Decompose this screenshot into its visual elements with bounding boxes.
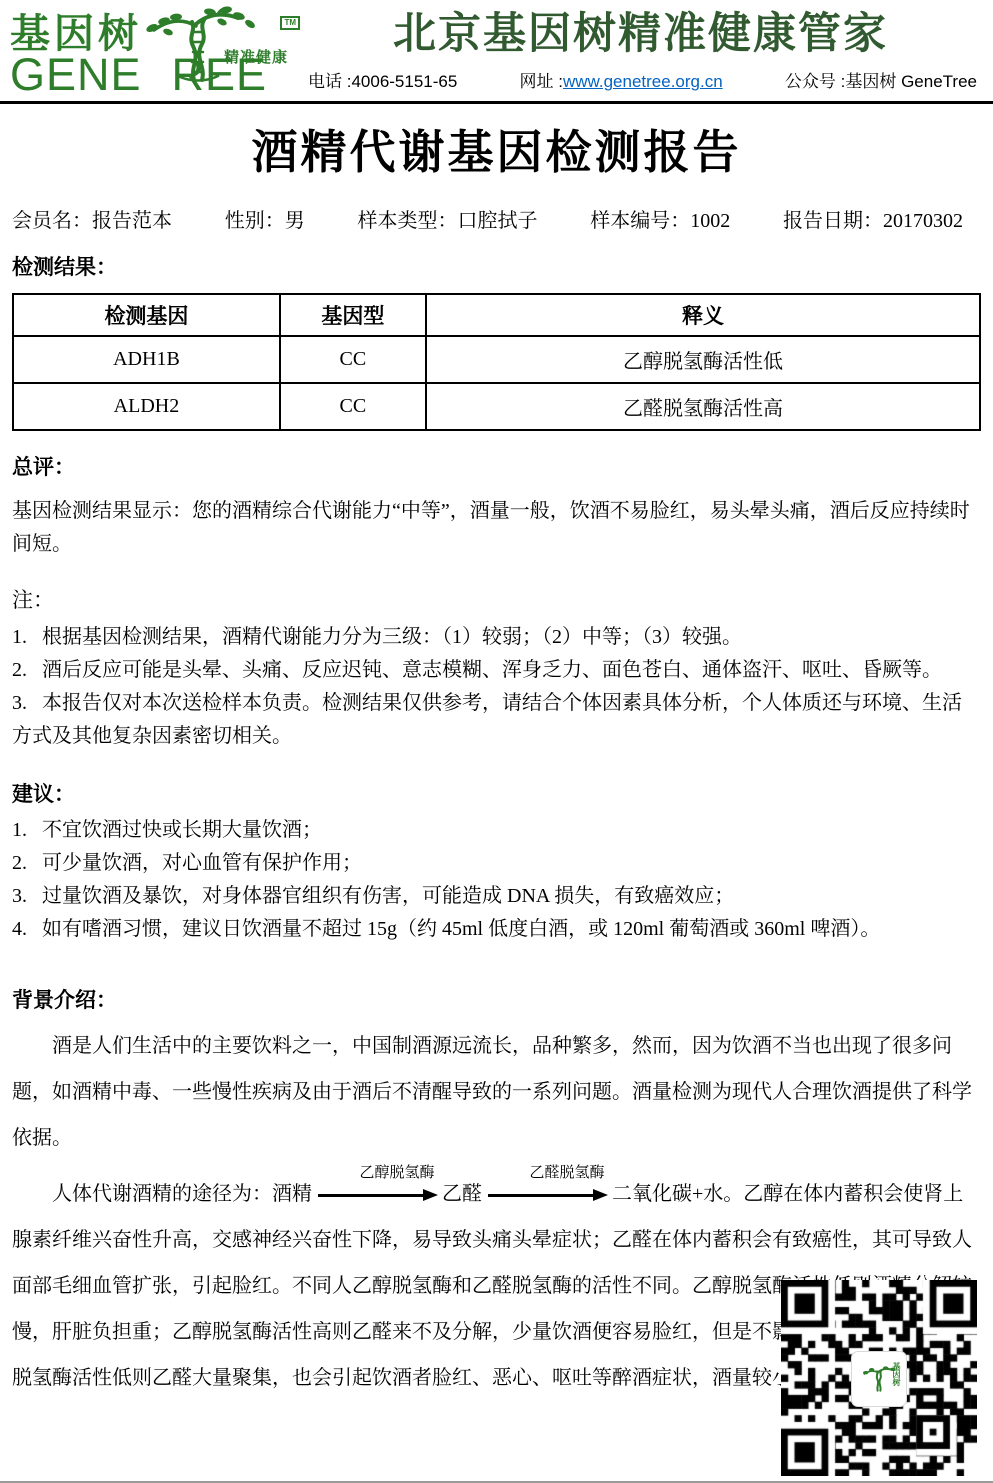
wechat-qr-code: 基因树 [781, 1280, 977, 1478]
enzyme-2-label: 乙醛脱氢酶 [488, 1166, 606, 1181]
note-number: 2. [12, 654, 42, 687]
table-row: ALDH2 CC 乙醛脱氢酶活性高 [13, 383, 980, 430]
reaction-arrow-1: 乙醇脱氢酶 [318, 1188, 436, 1202]
reaction-arrow-2: 乙醛脱氢酶 [488, 1188, 606, 1202]
note-item: 3.本报告仅对本次送检样本负责。检测结果仅供参考，请结合个体因素具体分析，个人体… [12, 687, 981, 753]
notes-list: 1.根据基因检测结果，酒精代谢能力分为三级：（1）较弱；（2）中等；（3）较强。… [0, 621, 993, 753]
logo-tagline: 精准健康 [224, 46, 288, 67]
summary-text: 基因检测结果显示：您的酒精综合代谢能力“中等”，酒量一般，饮酒不易脸红，易头晕头… [12, 495, 981, 561]
sample-type-label: 样本类型： [358, 210, 458, 232]
cell-meaning: 乙醛脱氢酶活性高 [426, 383, 980, 430]
company-title: 北京基因树精准健康管家 [302, 10, 979, 59]
suggestion-item: 4.如有嗜酒习惯，建议日饮酒量不超过 15g（约 45ml 低度白酒，或 120… [12, 913, 981, 946]
notes-section-label: 注： [12, 588, 981, 613]
sample-type-value: 口腔拭子 [458, 210, 538, 232]
member-name-label: 会员名： [12, 210, 92, 232]
suggestion-text: 不宜饮酒过快或长期大量饮酒； [42, 819, 322, 841]
member-name-value: 报告范本 [92, 210, 172, 232]
suggestions-section-label: 建议： [12, 782, 981, 807]
background-section-label: 背景介绍： [12, 988, 981, 1013]
suggestion-number: 2. [12, 847, 42, 880]
wechat-value: 基因树 GeneTree [845, 72, 977, 91]
gender-label: 性别： [225, 210, 285, 232]
suggestions-list: 1.不宜饮酒过快或长期大量饮酒； 2.可少量饮酒，对心血管有保护作用； 3.过量… [0, 814, 993, 946]
pathway-intro-text: 人体代谢酒精的途径为：酒精 [52, 1183, 312, 1205]
qr-logo-text: 基因树 [891, 1362, 902, 1386]
suggestion-item: 3.过量饮酒及暴饮，对身体器官组织有伤害，可能造成 DNA 损失，有致癌效应； [12, 880, 981, 913]
logo-en-left: GENE [10, 49, 142, 100]
wechat-contact: 公众号 :基因树 GeneTree [785, 67, 977, 92]
sample-info-row: 会员名：报告范本 性别：男 样本类型：口腔拭子 样本编号：1002 报告日期：2… [0, 204, 993, 233]
phone-contact: 电话 :4006-5151-65 [308, 67, 457, 92]
page-title: 酒精代谢基因检测报告 [0, 116, 993, 182]
cell-genotype: CC [280, 336, 426, 383]
suggestion-text: 如有嗜酒习惯，建议日饮酒量不超过 15g（约 45ml 低度白酒，或 120ml… [42, 918, 880, 940]
suggestion-number: 4. [12, 913, 42, 946]
header-right: 北京基因树精准健康管家 电话 :4006-5151-65 网址 :www.gen… [302, 6, 979, 92]
phone-value: 4006-5151-65 [351, 72, 457, 91]
cell-genotype: CC [280, 383, 426, 430]
sample-number-value: 1002 [690, 210, 730, 232]
cell-gene: ALDH2 [13, 383, 280, 430]
arrow-head-icon [423, 1189, 438, 1201]
note-number: 3. [12, 687, 42, 720]
sample-number-label: 样本编号： [590, 210, 690, 232]
col-header-meaning: 释义 [426, 294, 980, 336]
note-text: 根据基因检测结果，酒精代谢能力分为三级：（1）较弱；（2）中等；（3）较强。 [42, 626, 742, 648]
member-name: 会员名：报告范本 [12, 204, 172, 233]
sample-number: 样本编号：1002 [590, 204, 730, 233]
background-paragraph-1: 酒是人们生活中的主要饮料之一，中国制酒源远流长，品种繁多，然而，因为饮酒不当也出… [12, 1023, 981, 1161]
summary-section-label: 总评： [12, 455, 981, 480]
contact-row: 电话 :4006-5151-65 网址 :www.genetree.org.cn… [302, 67, 979, 92]
note-item: 2.酒后反应可能是头晕、头痛、反应迟钝、意志模糊、浑身乏力、面色苍白、通体盗汗、… [12, 654, 981, 687]
gender: 性别：男 [225, 204, 305, 233]
suggestion-item: 2.可少量饮酒，对心血管有保护作用； [12, 847, 981, 880]
header: 基因树 GENEREE [0, 0, 993, 98]
cell-gene: ADH1B [13, 336, 280, 383]
table-row: ADH1B CC 乙醇脱氢酶活性低 [13, 336, 980, 383]
suggestion-text: 可少量饮酒，对心血管有保护作用； [42, 852, 362, 874]
report-page: 基因树 GENEREE [0, 0, 993, 1483]
suggestion-item: 1.不宜饮酒过快或长期大量饮酒； [12, 814, 981, 847]
header-divider [0, 101, 993, 104]
report-date-label: 报告日期： [783, 210, 883, 232]
arrow-head-icon [593, 1189, 608, 1201]
arrow-line [488, 1194, 594, 1197]
website-contact: 网址 :www.genetree.org.cn [520, 67, 723, 92]
note-number: 1. [12, 621, 42, 654]
report-date-value: 20170302 [883, 210, 963, 232]
report-date: 报告日期：20170302 [783, 204, 963, 233]
dna-tree-icon [138, 6, 258, 84]
gender-value: 男 [285, 210, 305, 232]
gene-results-table: 检测基因 基因型 释义 ADH1B CC 乙醇脱氢酶活性低 ALDH2 CC 乙… [12, 293, 981, 431]
trademark-icon: TM [280, 16, 300, 30]
phone-label: 电话 : [308, 72, 351, 91]
suggestion-number: 1. [12, 814, 42, 847]
note-text: 酒后反应可能是头晕、头痛、反应迟钝、意志模糊、浑身乏力、面色苍白、通体盗汗、呕吐… [42, 659, 942, 681]
arrow-line [318, 1194, 424, 1197]
results-section-label: 检测结果： [12, 255, 981, 280]
table-header-row: 检测基因 基因型 释义 [13, 294, 980, 336]
enzyme-1-label: 乙醇脱氢酶 [318, 1166, 436, 1181]
website-link[interactable]: www.genetree.org.cn [563, 72, 723, 91]
website-label: 网址 : [520, 72, 563, 91]
wechat-label: 公众号 : [785, 72, 845, 91]
sample-type: 样本类型：口腔拭子 [358, 204, 538, 233]
col-header-genotype: 基因型 [280, 294, 426, 336]
note-item: 1.根据基因检测结果，酒精代谢能力分为三级：（1）较弱；（2）中等；（3）较强。 [12, 621, 981, 654]
note-text: 本报告仅对本次送检样本负责。检测结果仅供参考，请结合个体因素具体分析，个人体质还… [12, 692, 962, 747]
suggestion-number: 3. [12, 880, 42, 913]
pathway-mid-text: 乙醛 [442, 1183, 482, 1205]
suggestion-text: 过量饮酒及暴饮，对身体器官组织有伤害，可能造成 DNA 损失，有致癌效应； [42, 885, 734, 907]
genetree-logo: 基因树 GENEREE [10, 6, 302, 98]
col-header-gene: 检测基因 [13, 294, 280, 336]
cell-meaning: 乙醇脱氢酶活性低 [426, 336, 980, 383]
qr-center-logo: 基因树 [851, 1351, 907, 1407]
